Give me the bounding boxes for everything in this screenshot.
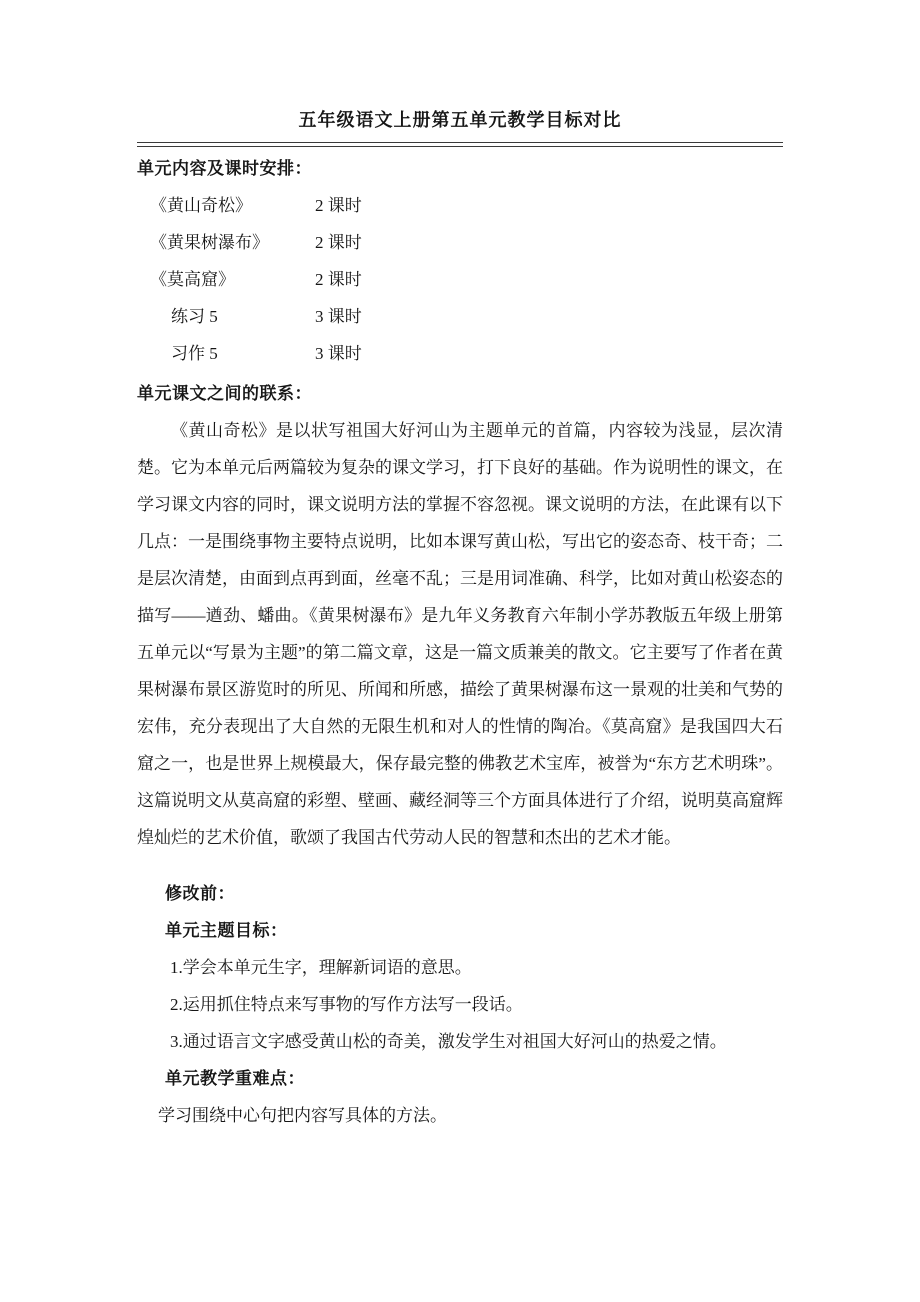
connections-paragraph: 《黄山奇松》是以状写祖国大好河山为主题单元的首篇，内容较为浅显，层次清楚。它为本…	[137, 412, 783, 856]
before-revision-heading: 修改前：	[137, 875, 783, 912]
lesson-hours: 2 课时	[315, 187, 362, 224]
title-divider	[137, 142, 783, 147]
theme-goals-heading: 单元主题目标：	[137, 912, 783, 949]
lesson-title: 习作 5	[137, 335, 315, 372]
lesson-title: 《莫高窟》	[137, 261, 315, 298]
key-points-body: 学习围绕中心句把内容写具体的方法。	[137, 1097, 783, 1134]
lesson-title: 《黄山奇松》	[137, 187, 315, 224]
schedule-row: 《黄果树瀑布》 2 课时	[137, 224, 783, 261]
document-page: 五年级语文上册第五单元教学目标对比 单元内容及课时安排： 《黄山奇松》 2 课时…	[0, 0, 920, 1302]
document-title: 五年级语文上册第五单元教学目标对比	[137, 106, 783, 134]
schedule-row: 习作 5 3 课时	[137, 335, 783, 372]
schedule-heading: 单元内容及课时安排：	[137, 150, 783, 187]
lesson-hours: 2 课时	[315, 224, 362, 261]
key-points-heading: 单元教学重难点：	[137, 1060, 783, 1097]
lesson-hours: 3 课时	[315, 335, 362, 372]
theme-goal-item: 1.学会本单元生字，理解新词语的意思。	[137, 949, 783, 986]
connections-heading: 单元课文之间的联系：	[137, 375, 783, 412]
lesson-hours: 3 课时	[315, 298, 362, 335]
lesson-title: 练习 5	[137, 298, 315, 335]
blank-gap	[137, 856, 783, 875]
theme-goal-item: 2.运用抓住特点来写事物的写作方法写一段话。	[137, 986, 783, 1023]
lesson-hours: 2 课时	[315, 261, 362, 298]
schedule-row: 《莫高窟》 2 课时	[137, 261, 783, 298]
schedule-row: 练习 5 3 课时	[137, 298, 783, 335]
theme-goal-item: 3.通过语言文字感受黄山松的奇美，激发学生对祖国大好河山的热爱之情。	[137, 1023, 783, 1060]
schedule-list: 《黄山奇松》 2 课时 《黄果树瀑布》 2 课时 《莫高窟》 2 课时 练习 5…	[137, 187, 783, 372]
schedule-row: 《黄山奇松》 2 课时	[137, 187, 783, 224]
lesson-title: 《黄果树瀑布》	[137, 224, 315, 261]
